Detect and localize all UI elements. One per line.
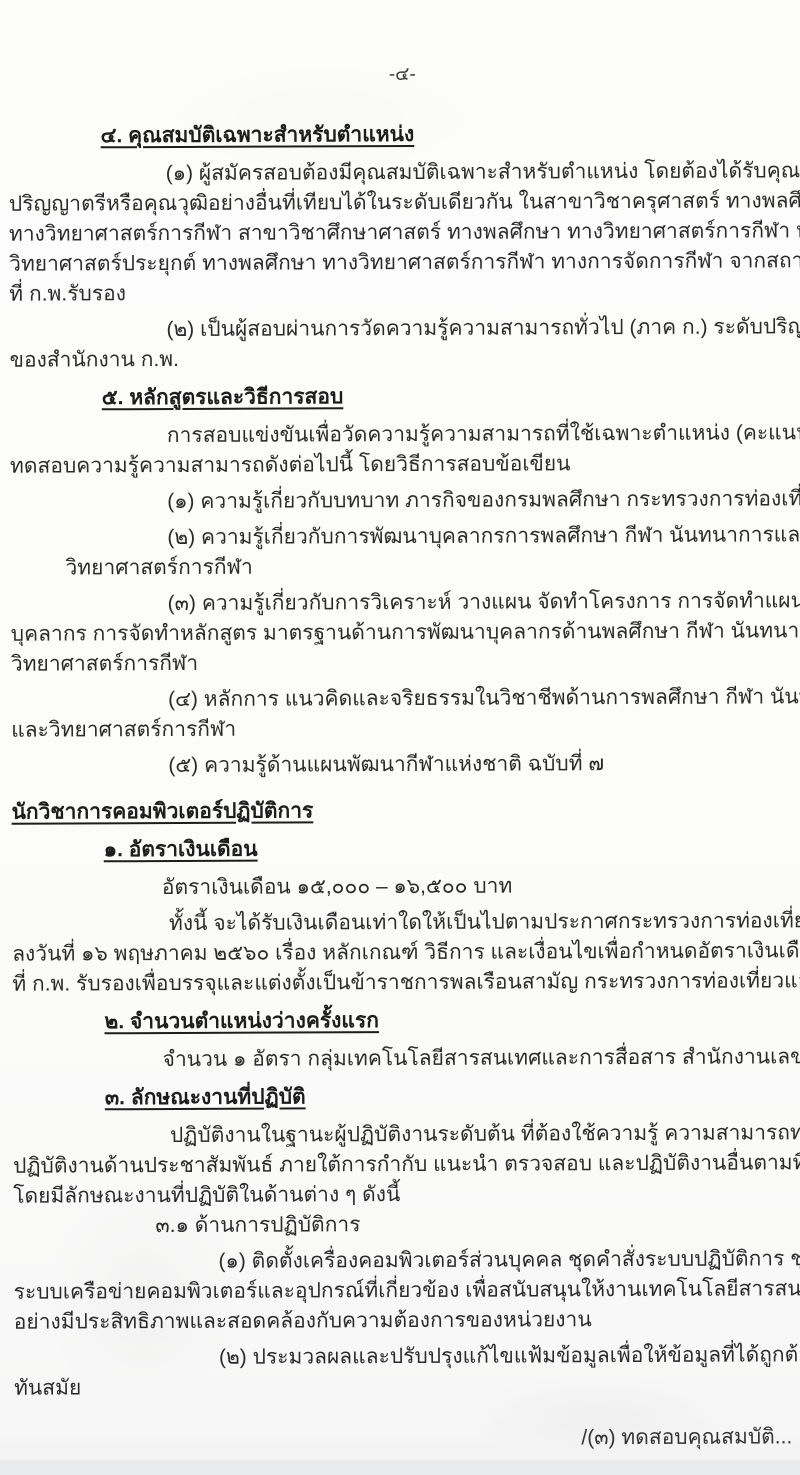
text-line: อย่างมีประสิทธิภาพและสอดคล้องกับความต้อง… — [14, 1304, 800, 1337]
section-heading-1: ๑. อัตราเงินเดือน — [12, 832, 800, 865]
page-number: -๔- — [8, 58, 796, 91]
text-line: (๔) หลักการ แนวคิดและจริยธรรมในวิชาชีพด้… — [11, 682, 799, 715]
text-line: (๕) ความรู้ด้านแผนพัฒนากีฬาแห่งชาติ ฉบับ… — [11, 748, 799, 781]
text-line: (๒) ประมวลผลและปรับปรุงแก้ไขแฟ้มข้อมูลเพ… — [14, 1340, 800, 1373]
salary-line: อัตราเงินเดือน ๑๕,๐๐๐ – ๑๖,๕๐๐ บาท — [12, 870, 800, 903]
text-line: ที่ ก.พ.รับรอง — [9, 276, 797, 309]
text-line: ระบบเครือข่ายคอมพิวเตอร์และอุปกรณ์ที่เกี… — [14, 1274, 800, 1307]
text-line: วิทยาศาสตร์การกีฬา — [10, 550, 798, 583]
text-line: วิทยาศาสตร์ประยุกต์ ทางพลศึกษา ทางวิทยาศ… — [9, 246, 797, 279]
text-line: วิทยาศาสตร์การกีฬา — [11, 646, 799, 679]
text-line: และวิทยาศาสตร์การกีฬา — [11, 712, 799, 745]
vacancy-line: จำนวน ๑ อัตรา กลุ่มเทคโนโลยีสารสนเทศและก… — [13, 1042, 800, 1075]
section-heading-2: ๒. จำนวนตำแหน่งว่างครั้งแรก — [12, 1004, 800, 1037]
text-line: การสอบแข่งขันเพื่อวัดความรู้ความสามารถที… — [10, 418, 798, 451]
text-line: (๒) เป็นผู้สอบผ่านการวัดความรู้ความสามาร… — [9, 312, 797, 345]
text-line: (๑) ติดตั้งเครื่องคอมพิวเตอร์ส่วนบุคคล ช… — [13, 1244, 800, 1277]
scanned-document-page: -๔-๔. คุณสมบัติเฉพาะสำหรับตำแหน่ง(๑) ผู้… — [0, 0, 800, 1475]
section-heading-3: ๓. ลักษณะงานที่ปฏิบัติ — [13, 1080, 800, 1113]
text-line: ปฏิบัติงานด้านประชาสัมพันธ์ ภายใต้การกำก… — [13, 1148, 800, 1181]
text-line: ที่ ก.พ. รับรองเพื่อบรรจุและแต่งตั้งเป็น… — [12, 966, 800, 999]
position-title-heading: นักวิชาการคอมพิวเตอร์ปฏิบัติการ — [11, 794, 799, 827]
text-line: ทดสอบความรู้ความสามารถดังต่อไปนี้ โดยวิธ… — [10, 448, 798, 481]
text-line: ทันสมัย — [14, 1370, 800, 1403]
text-line: ปริญญาตรีหรือคุณวุฒิอย่างอื่นที่เทียบได้… — [9, 186, 797, 219]
text-line: ของสำนักงาน ก.พ. — [10, 342, 798, 375]
text-line: บุคลากร การจัดทำหลักสูตร มาตรฐานด้านการพ… — [11, 616, 799, 649]
scan-bottom-strip — [0, 1460, 800, 1475]
text-line: (๓) ความรู้เกี่ยวกับการวิเคราะห์ วางแผน … — [11, 586, 799, 619]
text-line: ปฏิบัติงานในฐานะผู้ปฏิบัติงานระดับต้น ที… — [13, 1118, 800, 1151]
text-line: (๑) ความรู้เกี่ยวกับบทบาท ภารกิจของกรมพล… — [10, 484, 798, 517]
text-line: (๑) ผู้สมัครสอบต้องมีคุณสมบัติเฉพาะสำหรั… — [9, 156, 797, 189]
text-line: ทางวิทยาศาสตร์การกีฬา สาขาวิชาศึกษาศาสตร… — [9, 216, 797, 249]
section-heading-5: ๕. หลักสูตรและวิธีการสอบ — [10, 380, 798, 413]
text-line: ลงวันที่ ๑๖ พฤษภาคม ๒๕๖๐ เรื่อง หลักเกณฑ… — [12, 936, 800, 969]
text-line: โดยมีลักษณะงานที่ปฏิบัติในด้านต่าง ๆ ดัง… — [13, 1178, 800, 1211]
text-line: ทั้งนี้ จะได้รับเงินเดือนเท่าใดให้เป็นไป… — [12, 906, 800, 939]
document-body: -๔-๔. คุณสมบัติเฉพาะสำหรับตำแหน่ง(๑) ผู้… — [0, 0, 800, 1456]
text-line: (๒) ความรู้เกี่ยวกับการพัฒนาบุคลากรการพล… — [10, 520, 798, 553]
section-heading-4: ๔. คุณสมบัติเฉพาะสำหรับตำแหน่ง — [9, 118, 797, 151]
subsection-heading-3-1: ๓.๑ ด้านการปฏิบัติการ — [13, 1208, 800, 1241]
continuation-note: /(๓) ทดสอบคุณสมบัติ... — [14, 1422, 800, 1455]
